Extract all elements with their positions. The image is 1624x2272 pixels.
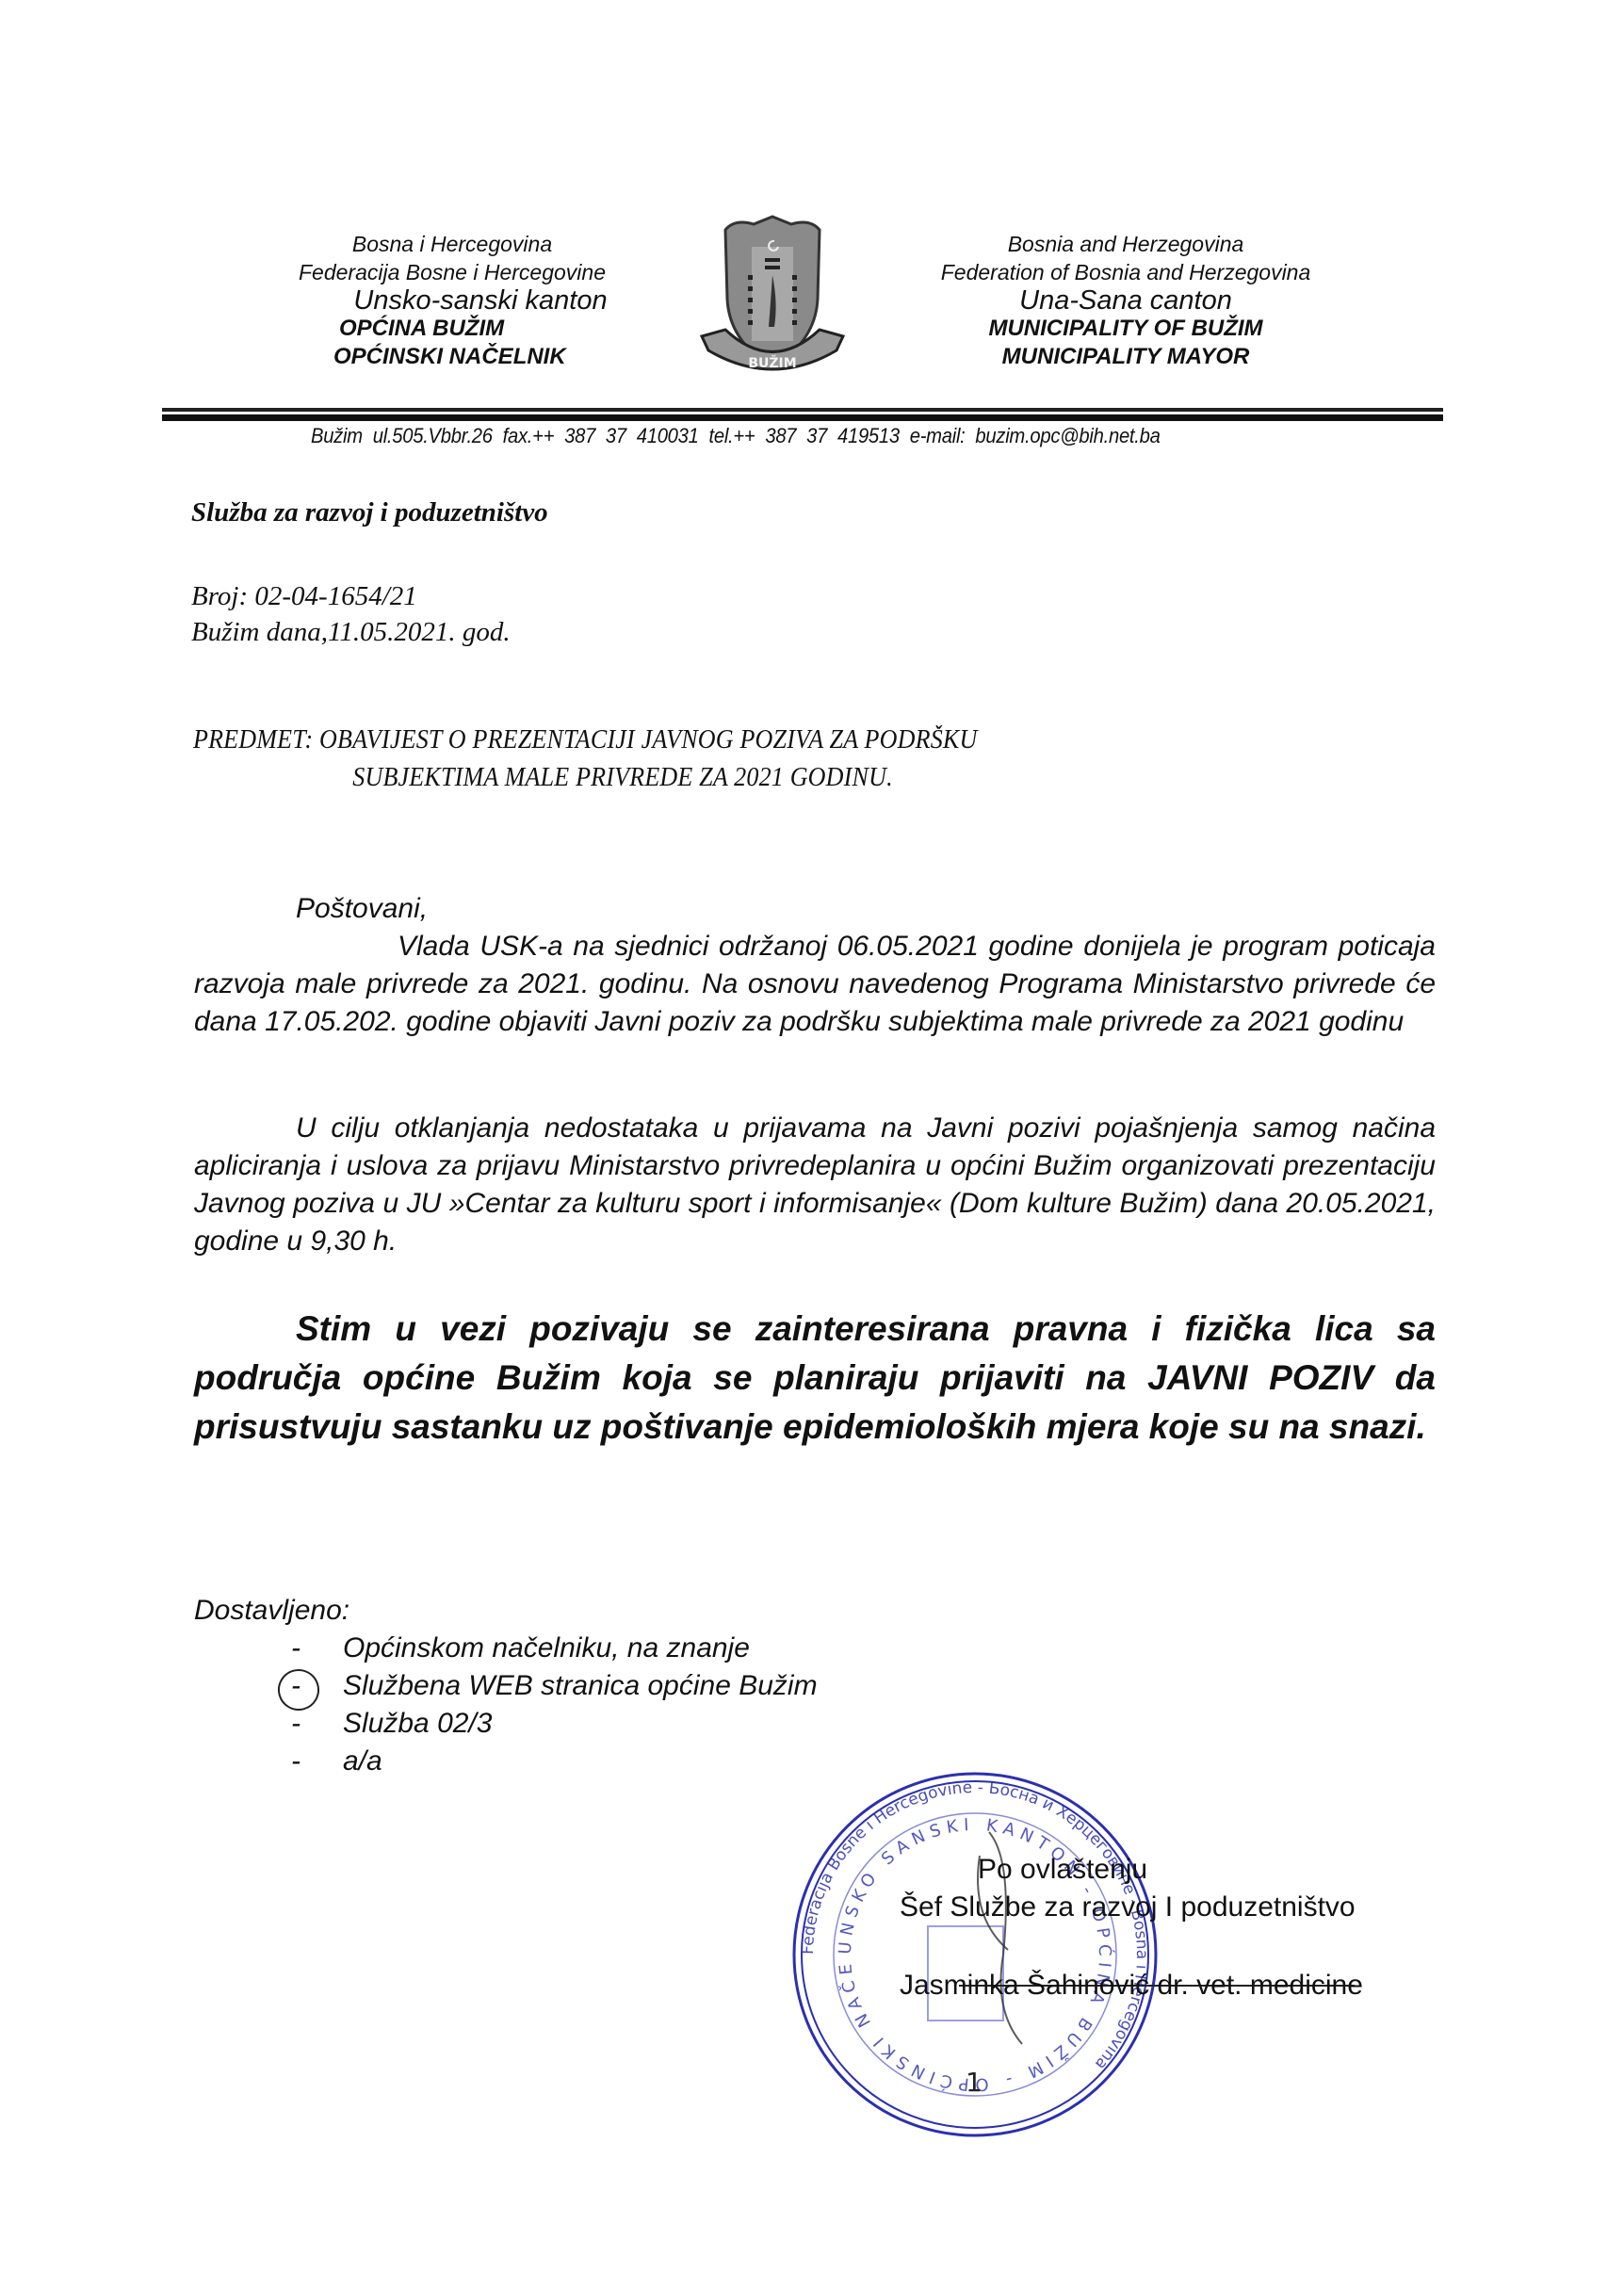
header-municipality-en: MUNICIPALITY OF BUŽIM [904, 315, 1347, 343]
reference-block: Broj: 02-04-1654/21 Bužim dana,11.05.202… [191, 578, 511, 650]
reference-place-date: Bužim dana,11.05.2021. god. [191, 614, 511, 650]
header-divider-thick [162, 414, 1443, 421]
header-divider-thin [162, 408, 1443, 412]
body-paragraph-3-emphasis: Stim u vezi pozivaju se zainteresirana p… [194, 1305, 1436, 1452]
header-country-bs: Bosna i Hercegovina [254, 230, 650, 258]
signature-block: Po ovlaštenju Šef Službe za razvoj I pod… [900, 1851, 1363, 2004]
svg-text:BUŽIM: BUŽIM [748, 355, 796, 371]
signature-authorization: Po ovlaštenju [900, 1851, 1363, 1889]
distribution-item: -Služba 02/3 [194, 1705, 818, 1743]
signature-title: Šef Službe za razvoj I poduzetništvo [900, 1891, 1356, 1923]
distribution-item: -Službena WEB stranica općine Bužim [194, 1667, 818, 1705]
reference-number: Broj: 02-04-1654/21 [191, 578, 511, 614]
svg-text:1: 1 [966, 2067, 983, 2098]
header-canton-en: Una-Sana canton [904, 286, 1347, 315]
contact-line: Bužim ul.505.Vbbr.26 fax.++ 387 37 41003… [311, 424, 1161, 448]
subject-line-1: PREDMET: OBAVIJEST O PREZENTACIJI JAVNOG… [193, 725, 977, 755]
distribution-item: -Općinskom načelniku, na znanje [194, 1630, 818, 1667]
distribution-item: -a/a [194, 1743, 818, 1780]
header-left-block: Bosna i Hercegovina Federacija Bosne i H… [254, 230, 650, 371]
header-canton-bs: Unsko-sanski kanton [254, 286, 650, 315]
body-paragraph-2: U cilju otklanjanja nedostataka u prijav… [194, 1110, 1436, 1260]
coat-of-arms-icon: BUŽIM [688, 209, 857, 383]
subject-line-2: SUBJEKTIMA MALE PRIVREDE ZA 2021 GODINU. [193, 759, 977, 797]
service-name: Služba za razvoj i poduzetništvo [191, 497, 548, 528]
header-office-en: MUNICIPALITY MAYOR [904, 343, 1347, 371]
header-office-bs: OPĆINSKI NAČELNIK [254, 343, 650, 371]
paragraph-3-text: Stim u vezi pozivaju se zainteresirana p… [194, 1309, 1436, 1446]
header-right-block: Bosnia and Herzegovina Federation of Bos… [904, 230, 1347, 371]
subject-block: PREDMET: OBAVIJEST O PREZENTACIJI JAVNOG… [193, 722, 977, 797]
header-municipality-bs: OPĆINA BUŽIM [254, 315, 650, 343]
header-federation-en: Federation of Bosnia and Herzegovina [904, 258, 1347, 286]
header-federation-bs: Federacija Bosne i Hercegovine [254, 258, 650, 286]
signature-name: Jasminka Šahinović dr. vet. medicine [900, 1967, 1363, 2004]
salutation: Poštovani, [194, 890, 428, 928]
header-country-en: Bosnia and Herzegovina [904, 230, 1347, 258]
distribution-label: Dostavljeno: [194, 1592, 818, 1630]
paragraph-1-text: Vlada USK-a na sjednici održanoj 06.05.2… [194, 931, 1436, 1037]
paragraph-2-text: U cilju otklanjanja nedostataka u prijav… [194, 1112, 1436, 1257]
body-paragraph-1: Poštovani, Vlada USK-a na sjednici održa… [194, 890, 1436, 1041]
distribution-list: Dostavljeno: -Općinskom načelniku, na zn… [194, 1592, 818, 1780]
